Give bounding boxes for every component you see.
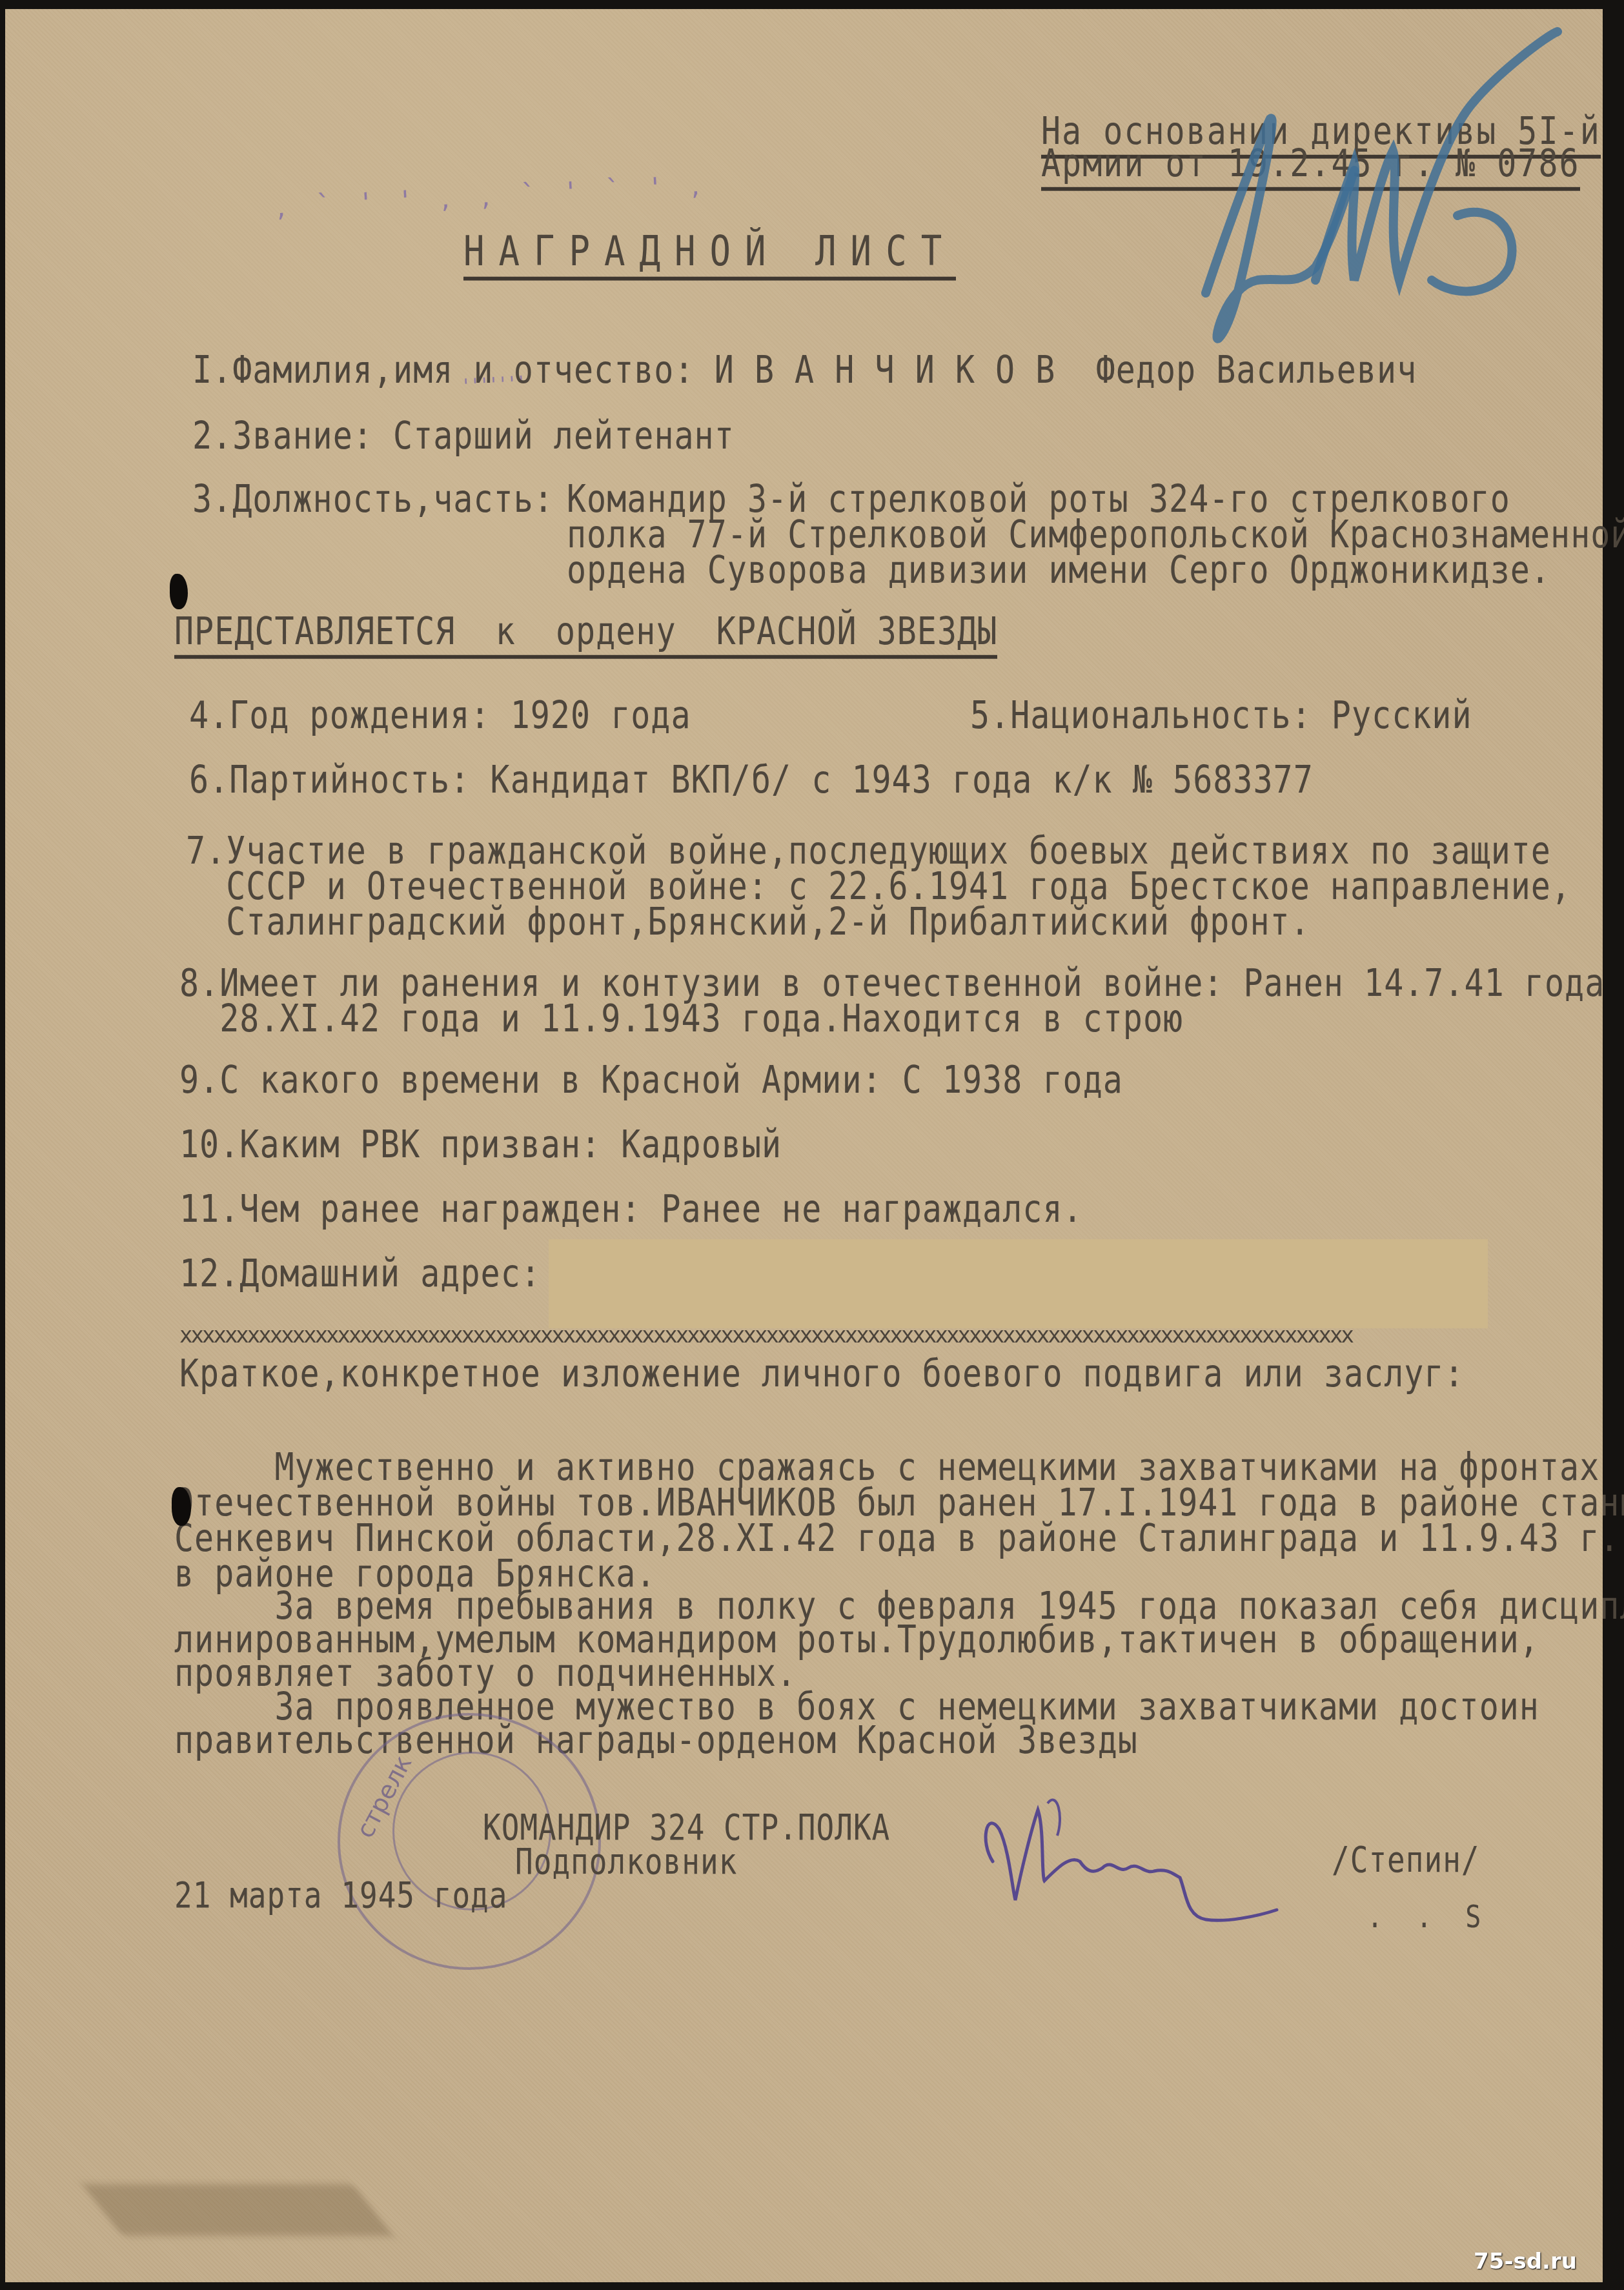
award-sheet-page: На основании директивы 5I-й Армии от 19.… xyxy=(5,9,1603,2282)
field-rank: 2.Звание: Старший лейтенант xyxy=(192,414,735,458)
field-nationality: 5.Национальность: Русский xyxy=(970,693,1472,737)
field-value: С 1938 года xyxy=(902,1058,1123,1102)
field-label: 5.Национальность: xyxy=(970,693,1312,737)
field-position-label: 3.Должность,часть: xyxy=(192,477,554,521)
field-war-participation-line: Сталинградский фронт,Брянский,2-й Прибал… xyxy=(186,900,1310,944)
field-label: 6.Партийность: xyxy=(189,758,470,802)
field-label: 10.Каким РВК призван: xyxy=(179,1122,601,1166)
summary-heading: Краткое,конкретное изложение личного бое… xyxy=(179,1352,1465,1395)
nomination-middle: к ордену xyxy=(496,609,676,653)
document-date: 21 марта 1945 года xyxy=(174,1874,508,1916)
field-label: 4.Год рождения: xyxy=(189,693,491,737)
field-label: 9.С какого времени в Красной Армии: xyxy=(179,1058,882,1102)
field-home-address-label: 12.Домашний адрес: xyxy=(179,1251,541,1295)
field-value: Кадровый xyxy=(621,1122,782,1166)
page-title: НАГРАДНОЙ ЛИСТ xyxy=(463,227,956,281)
summary-line: правительственной награды-орденом Красно… xyxy=(174,1718,1138,1762)
watermark: 75-sd.ru xyxy=(1474,2249,1577,2275)
nomination-line: ПРЕДСТАВЛЯЕТСЯ к ордену КРАСНОЙ ЗВЕЗДЫ xyxy=(174,609,997,659)
field-value: 1920 года xyxy=(511,693,691,737)
field-position-line: ордена Суворова дивизии имени Серго Ордж… xyxy=(567,548,1550,592)
nomination-prefix: ПРЕДСТАВЛЯЕТСЯ xyxy=(174,609,455,653)
field-previous-awards: 11.Чем ранее награжден: Ранее не награжд… xyxy=(179,1187,1083,1231)
field-value: Старший лейтенант xyxy=(393,414,735,458)
cross-out-line: xxxxxxxxxxxxxxxxxxxxxxxxxxxxxxxxxxxxxxxx… xyxy=(179,1322,1487,1348)
field-birth-year: 4.Год рождения: 1920 года xyxy=(189,693,691,737)
page-mark: . . S xyxy=(1367,1900,1490,1935)
field-label: 2.Звание: xyxy=(192,414,373,458)
field-value: Русский xyxy=(1332,693,1472,737)
field-value: Ранее не награждался. xyxy=(661,1187,1082,1231)
field-service-since: 9.С какого времени в Красной Армии: С 19… xyxy=(179,1058,1123,1102)
field-wounds-line: 28.XI.42 года и 11.9.1943 года.Находится… xyxy=(179,997,1183,1040)
signature-rank: Подполковник xyxy=(515,1841,737,1882)
handwritten-signature xyxy=(973,1790,1374,1939)
field-value: Кандидат ВКП/б/ с 1943 года к/к № 568337… xyxy=(491,758,1314,802)
nomination-award: КРАСНОЙ ЗВЕЗДЫ xyxy=(716,609,997,653)
redacted-home-address xyxy=(549,1239,1488,1328)
ink-marks: , ` ' ' , , ` ' ` ' , xyxy=(276,168,712,223)
field-label: I.Фамилия,имя и отчество: xyxy=(192,348,695,392)
field-full-name: I.Фамилия,имя и отчество: И В А Н Ч И К … xyxy=(192,348,1417,392)
field-label: 11.Чем ранее награжден: xyxy=(179,1187,641,1231)
field-value: И В А Н Ч И К О В Федор Васильевич xyxy=(715,348,1417,392)
paper-fold-shadow xyxy=(82,2184,394,2236)
ink-blot xyxy=(170,574,188,609)
field-party: 6.Партийность: Кандидат ВКП/б/ с 1943 го… xyxy=(189,758,1314,802)
handwritten-number-215 xyxy=(1186,22,1587,358)
field-draft-office: 10.Каким РВК призван: Кадровый xyxy=(179,1122,782,1166)
